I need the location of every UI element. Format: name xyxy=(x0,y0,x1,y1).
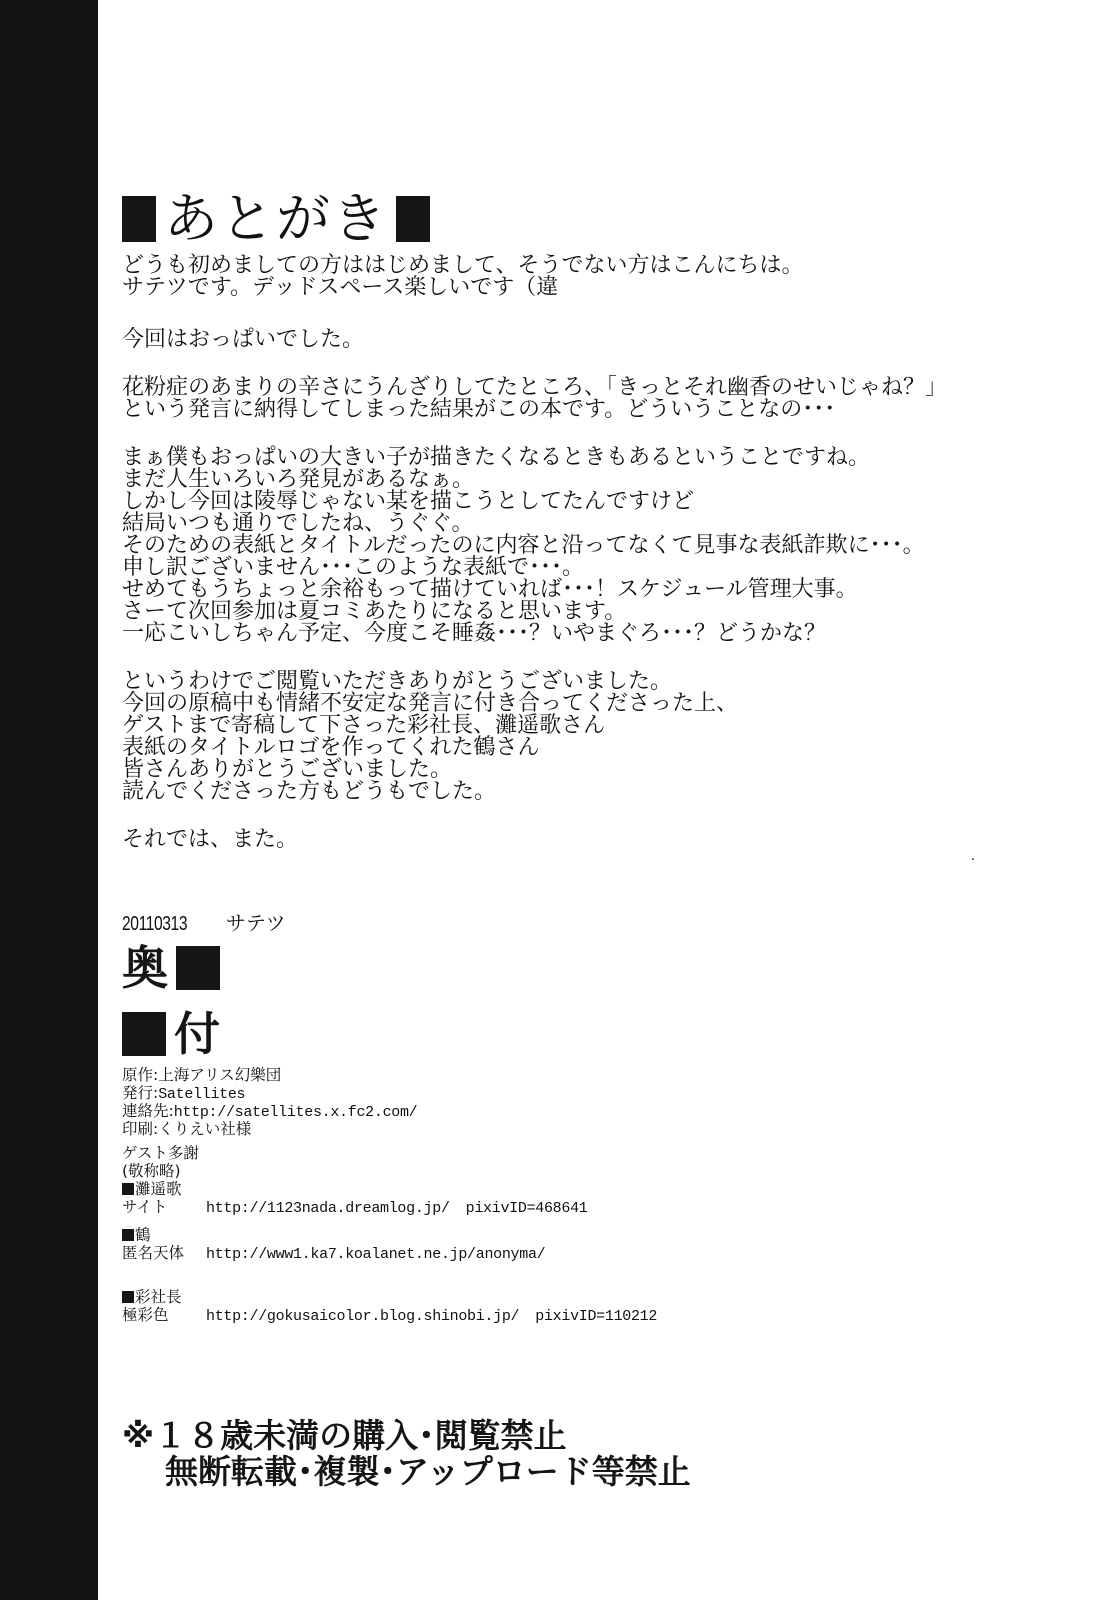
afterword-heading: あとがき xyxy=(122,190,430,248)
afterword-line: せめてもうちょっと余裕もって描けていれば･･･！スケジュール管理大事。 xyxy=(122,579,1082,601)
afterword-line: しかし今回は陵辱じゃない某を描こうとしてたんですけど xyxy=(122,491,1082,513)
colophon-title-char: 付 xyxy=(174,1010,220,1058)
guest-name: 灘遥歌 xyxy=(135,1180,182,1198)
colophon-title-row-2: 付 xyxy=(122,1010,220,1058)
black-square-icon xyxy=(122,196,156,242)
afterword-author: サテツ xyxy=(226,911,286,935)
afterword-line: 読んでくださった方もどうもでした。 xyxy=(122,781,1082,803)
afterword-line: さーて次回参加は夏コミあたりになると思います。 xyxy=(122,601,1082,623)
afterword-line: というわけでご閲覧いただきありがとうございました。 xyxy=(122,671,1082,693)
afterword-line: 今回の原稿中も情緒不安定な発言に付き合ってくださった上、 xyxy=(122,693,1082,715)
afterword-line: まぁ僕もおっぱいの大きい子が描きたくなるときもあるということですね。 xyxy=(122,447,1082,469)
original-work: 原作:上海アリス幻樂団 xyxy=(122,1066,657,1084)
black-square-icon xyxy=(176,946,220,990)
guest-name-row: 彩社長 xyxy=(122,1288,657,1306)
afterword-line: どうも初めましての方ははじめまして、そうでない方はこんにちは。 xyxy=(122,255,1082,277)
afterword-line: という発言に納得してしまった結果がこの本です。どういうことなの･･･ xyxy=(122,399,1082,421)
guest-site-row: 匿名天体http://www1.ka7.koalanet.ne.jp/anony… xyxy=(122,1244,657,1262)
colophon-title-char: 奥 xyxy=(122,944,168,992)
printer: 印刷:くりえい社様 xyxy=(122,1120,657,1138)
afterword-page: あとがき どうも初めましての方ははじめまして、そうでない方はこんにちは。 サテツ… xyxy=(122,0,1102,1600)
guest-site-link[interactable]: http://www1.ka7.koalanet.ne.jp/anonyma/ xyxy=(206,1246,545,1263)
guest-pixiv-id: pixivID=110212 xyxy=(535,1308,657,1325)
afterword-line: まだ人生いろいろ発見があるなぁ。 xyxy=(122,469,1082,491)
notice-line-2: 無断転載･複製･アップロード等禁止 xyxy=(122,1454,691,1490)
guest-name: 彩社長 xyxy=(135,1288,182,1306)
black-square-icon xyxy=(122,1012,166,1056)
guest-site-label: 匿名天体 xyxy=(122,1244,200,1262)
contact-label: 連絡先: xyxy=(122,1102,174,1120)
print-speck xyxy=(972,858,974,860)
black-square-icon xyxy=(122,1183,134,1195)
afterword-line: それでは、また。 xyxy=(122,829,1082,851)
colophon-credits: 原作:上海アリス幻樂団 発行:Satellites 連絡先:http://sat… xyxy=(122,1066,657,1324)
guest-site-label: 極彩色 xyxy=(122,1306,200,1324)
honorifics-note: (敬称略) xyxy=(122,1162,657,1180)
guest-pixiv-id: pixivID=468641 xyxy=(466,1200,588,1217)
afterword-line: サテツです。デッドスペース楽しいです（違 xyxy=(122,277,1082,299)
afterword-line: 今回はおっぱいでした。 xyxy=(122,329,1082,351)
notice-line-1: ※１８歳未満の購入･閲覧禁止 xyxy=(122,1418,691,1454)
guest-site-row: 極彩色http://gokusaicolor.blog.shinobi.jp/p… xyxy=(122,1306,657,1324)
afterword-line: 表紙のタイトルロゴを作ってくれた鶴さん xyxy=(122,737,1082,759)
guest-name-row: 灘遥歌 xyxy=(122,1180,657,1198)
publisher-name: Satellites xyxy=(158,1086,245,1103)
guest-site-link[interactable]: http://1123nada.dreamlog.jp/ xyxy=(206,1200,450,1217)
signoff: 20110313 サテツ xyxy=(122,912,286,935)
contact-link[interactable]: http://satellites.x.fc2.com/ xyxy=(174,1104,418,1121)
guest-site-label: サイト xyxy=(122,1198,200,1216)
left-black-border xyxy=(0,0,98,1600)
afterword-line: そのための表紙とタイトルだったのに内容と沿ってなくて見事な表紙詐欺に･･･。 xyxy=(122,535,1082,557)
colophon-title-row-1: 奥 xyxy=(122,944,220,992)
guests-heading: ゲスト多謝 xyxy=(122,1144,657,1162)
afterword-line: ゲストまで寄稿して下さった彩社長、灘遥歌さん xyxy=(122,715,1082,737)
guest-name-row: 鶴 xyxy=(122,1226,657,1244)
afterword-line: 結局いつも通りでしたね、うぐぐ。 xyxy=(122,513,1082,535)
afterword-line: 一応こいしちゃん予定、今度こそ睡姦･･･？いやまぐろ･･･？どうかな？ xyxy=(122,623,1082,645)
black-square-icon xyxy=(122,1229,134,1241)
afterword-date: 20110313 xyxy=(122,913,187,935)
publisher-label: 発行: xyxy=(122,1084,158,1102)
afterword-line: 花粉症のあまりの辛さにうんざりしてたところ、「きっとそれ幽香のせいじゃね？」 xyxy=(122,377,1082,399)
guest-site-row: サイトhttp://1123nada.dreamlog.jp/pixivID=4… xyxy=(122,1198,657,1216)
black-square-icon xyxy=(122,1291,134,1303)
guest-name: 鶴 xyxy=(135,1226,151,1244)
publisher-row: 発行:Satellites xyxy=(122,1084,657,1102)
contact-row: 連絡先:http://satellites.x.fc2.com/ xyxy=(122,1102,657,1120)
afterword-line: 皆さんありがとうございました。 xyxy=(122,759,1082,781)
age-restriction-notice: ※１８歳未満の購入･閲覧禁止 無断転載･複製･アップロード等禁止 xyxy=(122,1418,691,1490)
afterword-line: 申し訳ございません･･･このような表紙で･･･。 xyxy=(122,557,1082,579)
afterword-title: あとがき xyxy=(164,190,388,248)
black-square-icon xyxy=(396,196,430,242)
guest-site-link[interactable]: http://gokusaicolor.blog.shinobi.jp/ xyxy=(206,1308,519,1325)
afterword-body: どうも初めましての方ははじめまして、そうでない方はこんにちは。 サテツです。デッ… xyxy=(122,255,1082,851)
